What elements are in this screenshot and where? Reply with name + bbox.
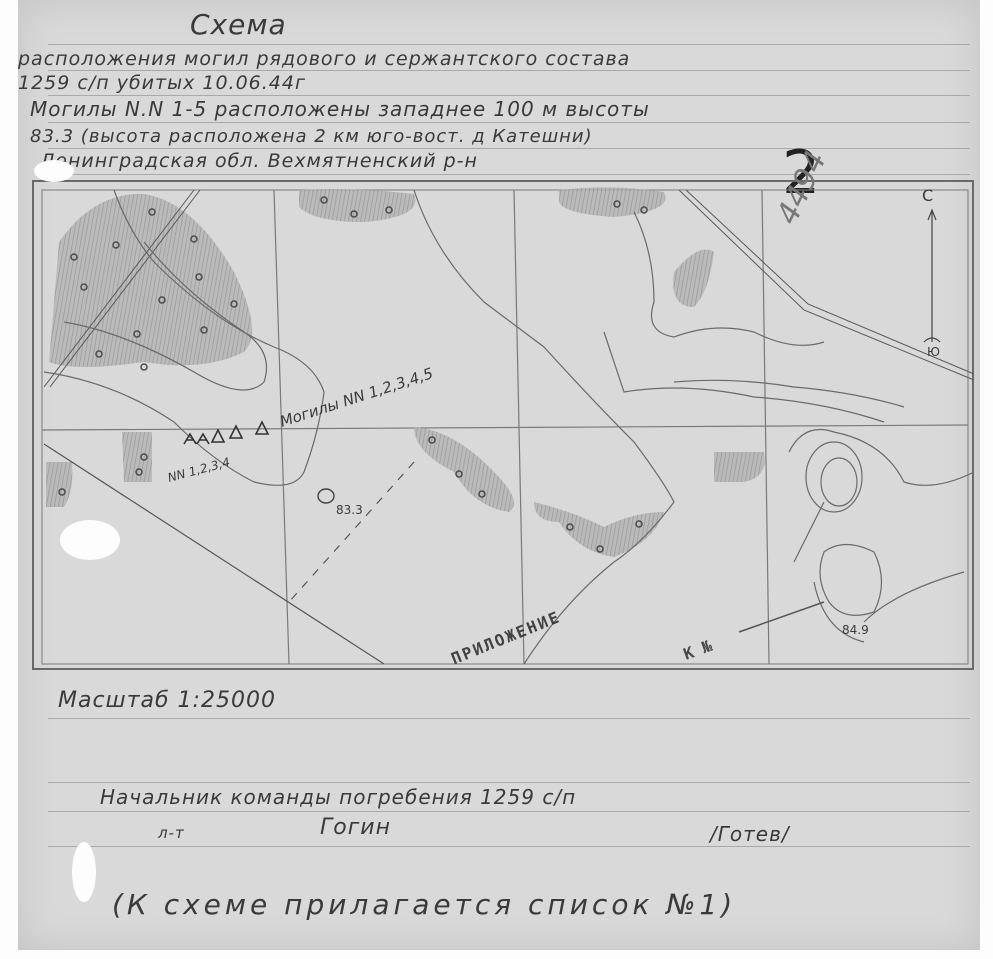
signatory-title: Начальник команды погребения 1259 с/п (100, 785, 576, 809)
header-line-3: Могилы N.N 1-5 расположены западнее 100 … (30, 97, 650, 121)
signatory-name: /Готев/ (710, 822, 790, 846)
height-mark-2: 84.9 (842, 623, 869, 637)
signatory-rank: л-т (158, 824, 185, 842)
map-scale: Масштаб 1:25000 (58, 688, 276, 713)
document-title: Схема (190, 8, 287, 41)
ruled-line (48, 174, 970, 175)
header-line-4: 83.3 (высота расположена 2 км юго-вост. … (30, 126, 593, 147)
attachment-note: (К схеме прилагается список №1) (112, 888, 736, 921)
ruled-line (48, 95, 970, 96)
ruled-line (48, 811, 970, 812)
annex-ref: К № (681, 636, 715, 664)
ruled-line (48, 846, 970, 847)
paper-tear (60, 520, 120, 560)
ruled-line (48, 718, 970, 719)
height-mark: 83.3 (336, 503, 363, 517)
ruled-line (48, 148, 970, 149)
hand-drawn-map: Могилы NN 1,2,3,4,5 NN 1,2,3,4 83.3 84.9… (32, 180, 974, 670)
compass-south-label: Ю (927, 345, 940, 359)
map-drawing: Могилы NN 1,2,3,4,5 NN 1,2,3,4 83.3 84.9… (34, 182, 976, 672)
signature: Гогин (320, 815, 391, 840)
paper-tear (34, 160, 74, 182)
ruled-line (48, 122, 970, 123)
graves-label: Могилы NN 1,2,3,4,5 (278, 364, 436, 431)
compass-north-label: С (922, 186, 933, 205)
paper-tear (72, 842, 96, 902)
ruled-line (48, 70, 970, 71)
header-line-5: Ленинградская обл. Вехмятненский р-н (40, 150, 478, 172)
ruled-line (48, 44, 970, 45)
header-line-1: расположения могил рядового и сержантско… (18, 48, 630, 70)
header-line-2: 1259 с/п убитых 10.06.44г (18, 72, 306, 94)
graves-numbers: NN 1,2,3,4 (166, 455, 231, 485)
ruled-line (48, 782, 970, 783)
